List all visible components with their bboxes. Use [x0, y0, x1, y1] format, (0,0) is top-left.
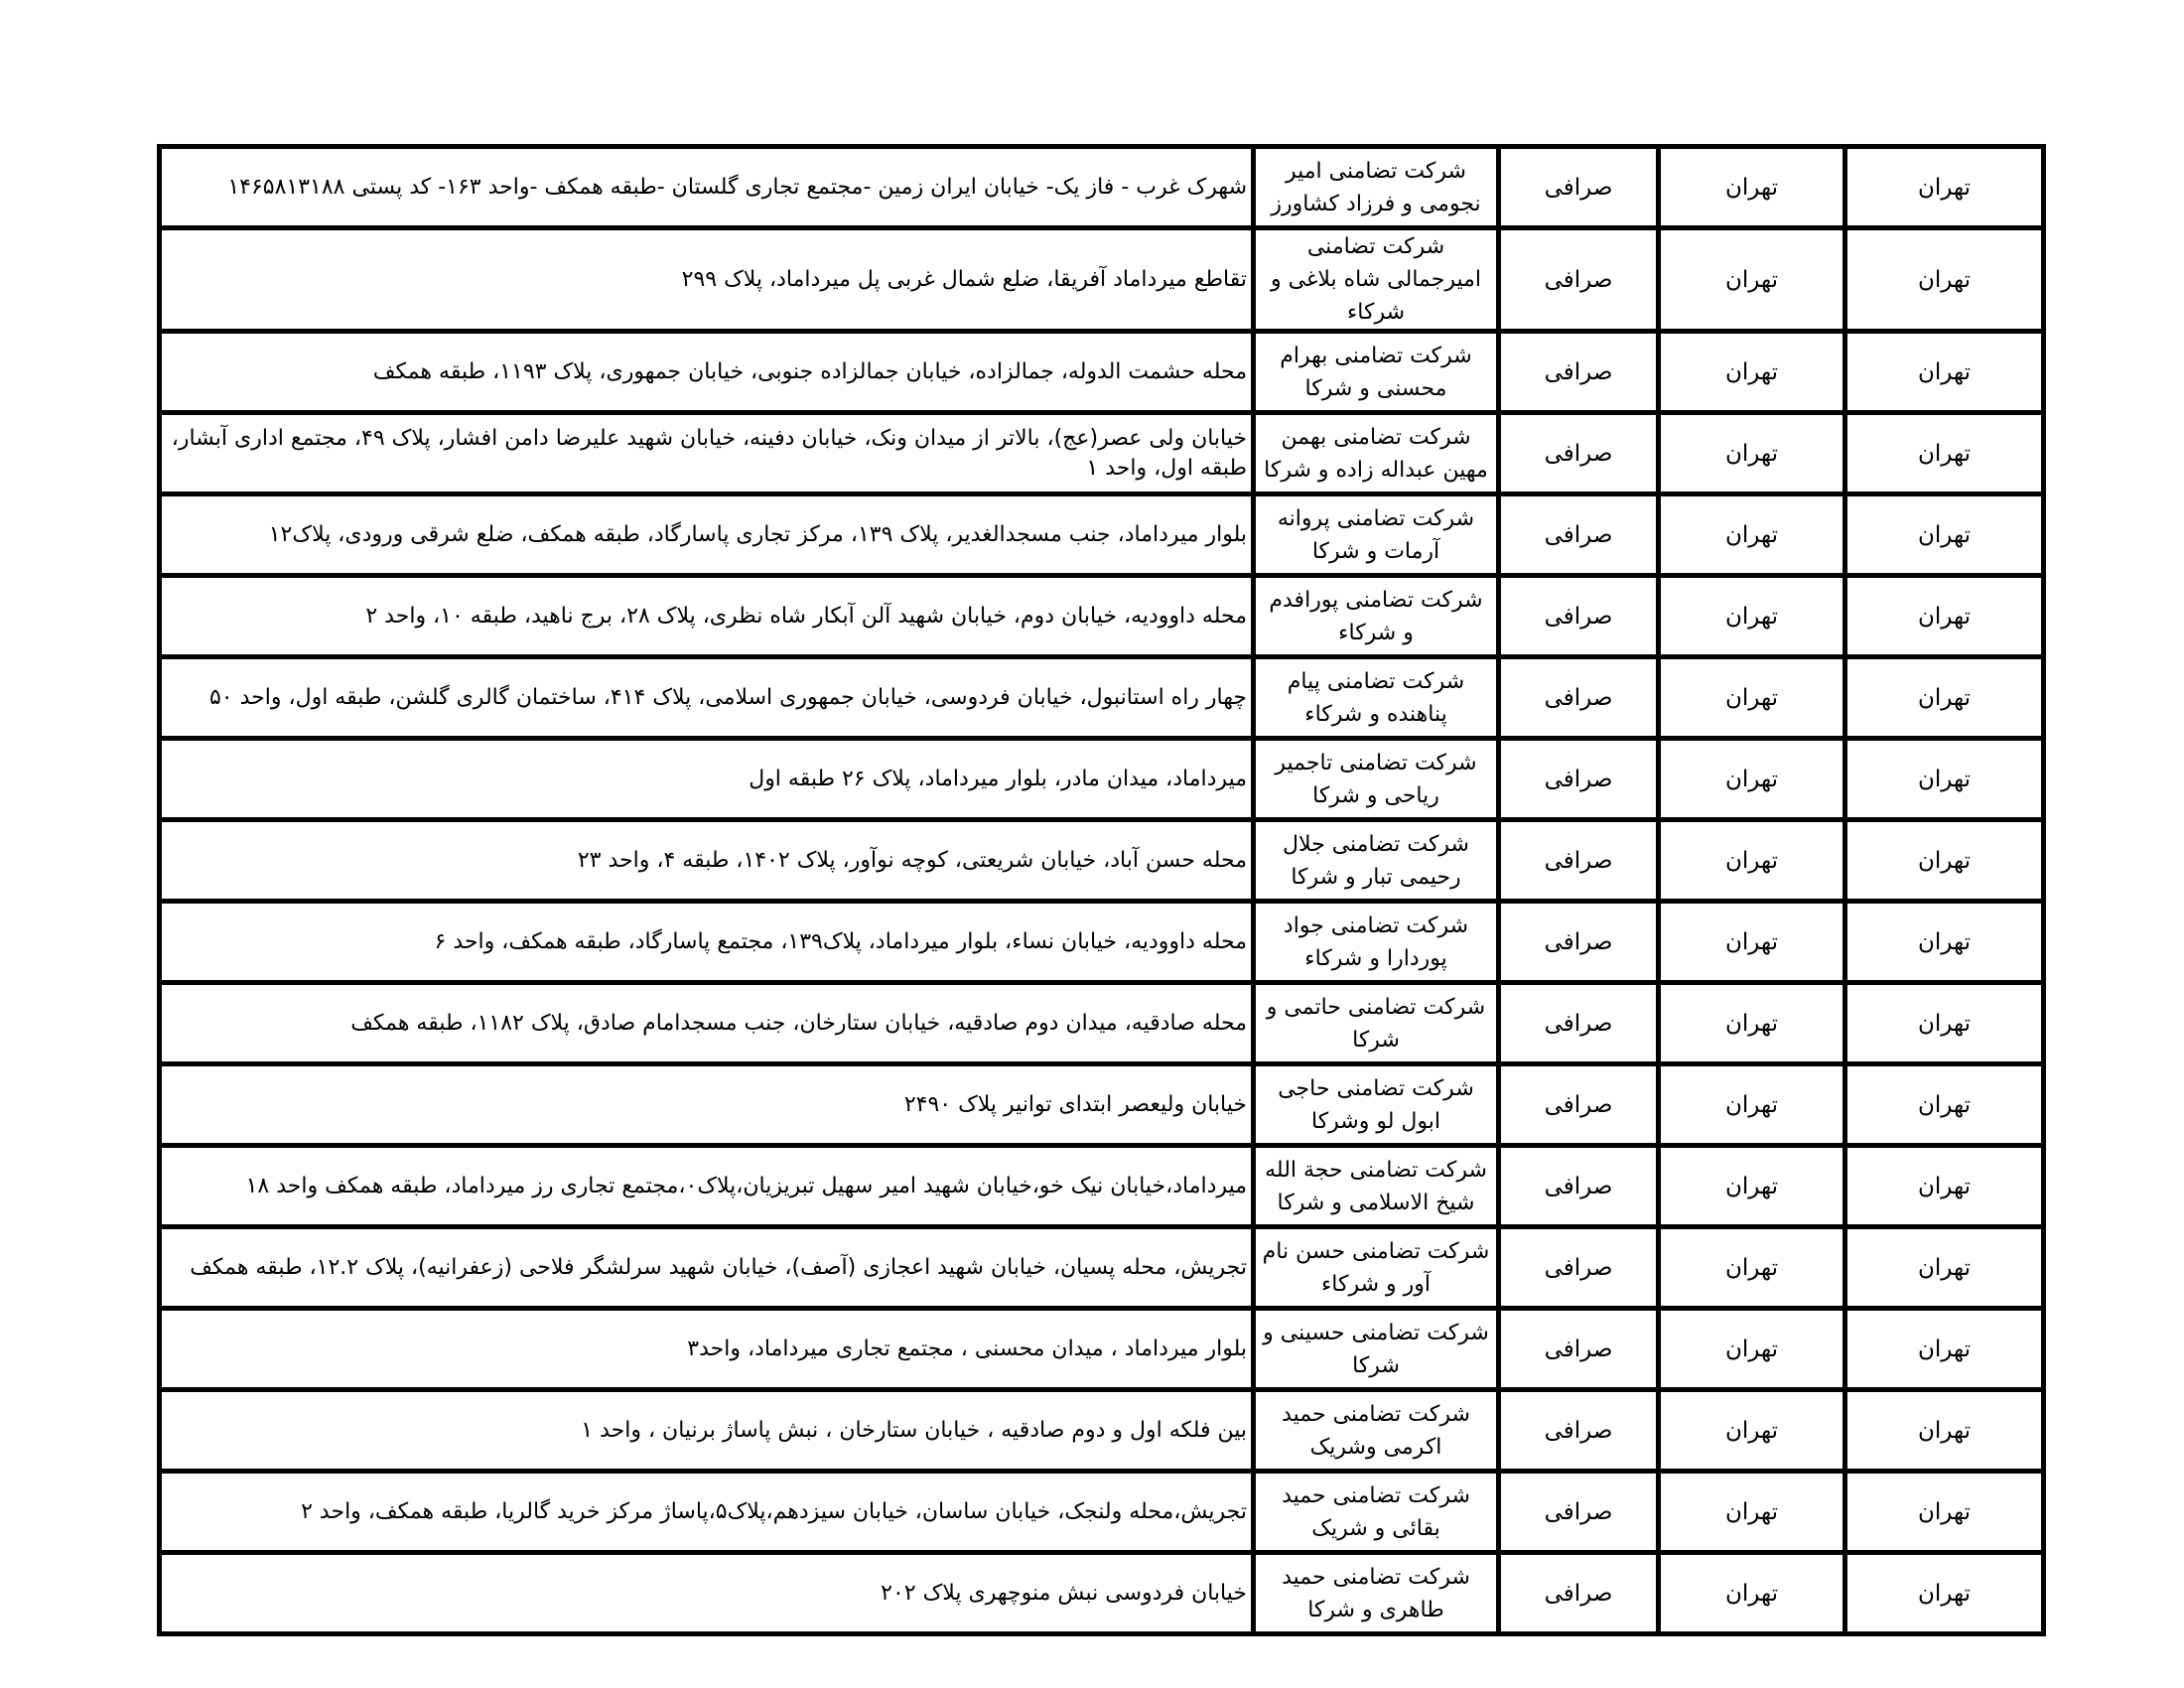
table-row: تهران تهران صرافی شرکت تضامنی حسینی و شر… [160, 1309, 2044, 1390]
cell-address: شهرک غرب - فاز یک- خیابان ایران زمین -مج… [160, 147, 1254, 228]
cell-city: تهران [1659, 983, 1845, 1064]
table-row: تهران تهران صرافی شرکت تضامنی حمید اکرمی… [160, 1390, 2044, 1472]
table-row: تهران تهران صرافی شرکت تضامنی حاتمی و شر… [160, 983, 2044, 1064]
table-row: تهران تهران صرافی شرکت تضامنی امیر نجومی… [160, 147, 2044, 228]
cell-province: تهران [1845, 413, 2044, 494]
table-row: تهران تهران صرافی شرکت تضامنی جواد پوردا… [160, 902, 2044, 983]
cell-company-name: شرکت تضامنی پورافدم و شرکاء [1254, 576, 1499, 657]
cell-province: تهران [1845, 657, 2044, 739]
cell-address: تجریش، محله پسیان، خیابان شهید اعجازی (آ… [160, 1227, 1254, 1309]
table-row: تهران تهران صرافی شرکت تضامنی پروانه آرم… [160, 494, 2044, 576]
cell-address: بلوار میرداماد، جنب مسجدالغدیر، پلاک ۱۳۹… [160, 494, 1254, 576]
cell-city: تهران [1659, 1472, 1845, 1553]
cell-type: صرافی [1499, 1309, 1659, 1390]
cell-company-name: شرکت تضامنی حجة الله شیخ الاسلامی و شرکا [1254, 1146, 1499, 1227]
cell-company-name: شرکت تضامنی امیرجمالی شاه بلاغی و شرکاء [1254, 228, 1499, 332]
cell-company-name: شرکت تضامنی حسینی و شرکا [1254, 1309, 1499, 1390]
cell-company-name: شرکت تضامنی حمید اکرمی وشریک [1254, 1390, 1499, 1472]
cell-address: محله حسن آباد، خیابان شریعتی، کوچه نوآور… [160, 820, 1254, 902]
cell-type: صرافی [1499, 332, 1659, 413]
cell-city: تهران [1659, 1553, 1845, 1634]
cell-type: صرافی [1499, 739, 1659, 820]
cell-company-name: شرکت تضامنی بهمن مهین عبداله زاده و شرکا [1254, 413, 1499, 494]
cell-address: میرداماد،خیابان نیک خو،خیابان شهید امیر … [160, 1146, 1254, 1227]
cell-address: تجریش،محله ولنجک، خیابان ساسان، خیابان س… [160, 1472, 1254, 1553]
table-row: تهران تهران صرافی شرکت تضامنی بهرام محسن… [160, 332, 2044, 413]
cell-type: صرافی [1499, 902, 1659, 983]
cell-province: تهران [1845, 228, 2044, 332]
table-row: تهران تهران صرافی شرکت تضامنی حسن نام آو… [160, 1227, 2044, 1309]
cell-company-name: شرکت تضامنی جلال رحیمی تبار و شرکا [1254, 820, 1499, 902]
cell-company-name: شرکت تضامنی حمید طاهری و شرکا [1254, 1553, 1499, 1634]
cell-type: صرافی [1499, 657, 1659, 739]
cell-company-name: شرکت تضامنی تاجمیر ریاحی و شرکا [1254, 739, 1499, 820]
cell-type: صرافی [1499, 228, 1659, 332]
cell-address: خیابان ولیعصر ابتدای توانیر پلاک ۲۴۹۰ [160, 1064, 1254, 1146]
cell-address: تقاطع میرداماد آفریقا، ضلع شمال غربی پل … [160, 228, 1254, 332]
cell-address: چهار راه استانبول، خیابان فردوسی، خیابان… [160, 657, 1254, 739]
cell-company-name: شرکت تضامنی جواد پوردارا و شرکاء [1254, 902, 1499, 983]
table-row: تهران تهران صرافی شرکت تضامنی تاجمیر ریا… [160, 739, 2044, 820]
cell-company-name: شرکت تضامنی بهرام محسنی و شرکا [1254, 332, 1499, 413]
exchange-table-body: تهران تهران صرافی شرکت تضامنی امیر نجومی… [160, 147, 2044, 1634]
document-page: تهران تهران صرافی شرکت تضامنی امیر نجومی… [0, 0, 2184, 1688]
cell-type: صرافی [1499, 820, 1659, 902]
cell-address: محله داوودیه، خیابان نساء، بلوار میرداما… [160, 902, 1254, 983]
table-row: تهران تهران صرافی شرکت تضامنی حاجی ابول … [160, 1064, 2044, 1146]
cell-city: تهران [1659, 1146, 1845, 1227]
cell-province: تهران [1845, 820, 2044, 902]
cell-address: خیابان فردوسی نبش منوچهری پلاک ۲۰۲ [160, 1553, 1254, 1634]
cell-province: تهران [1845, 494, 2044, 576]
cell-address: بین فلکه اول و دوم صادقیه ، خیابان ستارخ… [160, 1390, 1254, 1472]
table-row: تهران تهران صرافی شرکت تضامنی امیرجمالی … [160, 228, 2044, 332]
table-row: تهران تهران صرافی شرکت تضامنی پورافدم و … [160, 576, 2044, 657]
cell-type: صرافی [1499, 983, 1659, 1064]
cell-city: تهران [1659, 494, 1845, 576]
cell-city: تهران [1659, 413, 1845, 494]
exchange-companies-table: تهران تهران صرافی شرکت تضامنی امیر نجومی… [157, 144, 2046, 1636]
cell-address: خیابان ولی عصر(عج)، بالاتر از میدان ونک،… [160, 413, 1254, 494]
cell-address: محله حشمت الدوله، جمالزاده، خیابان جمالز… [160, 332, 1254, 413]
cell-company-name: شرکت تضامنی حاتمی و شرکا [1254, 983, 1499, 1064]
cell-city: تهران [1659, 147, 1845, 228]
table-row: تهران تهران صرافی شرکت تضامنی پیام پناهن… [160, 657, 2044, 739]
cell-province: تهران [1845, 739, 2044, 820]
cell-type: صرافی [1499, 1064, 1659, 1146]
table-row: تهران تهران صرافی شرکت تضامنی حجة الله ش… [160, 1146, 2044, 1227]
cell-province: تهران [1845, 576, 2044, 657]
cell-province: تهران [1845, 1472, 2044, 1553]
cell-province: تهران [1845, 1064, 2044, 1146]
cell-type: صرافی [1499, 1472, 1659, 1553]
cell-city: تهران [1659, 1309, 1845, 1390]
cell-company-name: شرکت تضامنی امیر نجومی و فرزاد کشاورز [1254, 147, 1499, 228]
table-row: تهران تهران صرافی شرکت تضامنی بهمن مهین … [160, 413, 2044, 494]
cell-province: تهران [1845, 1390, 2044, 1472]
cell-city: تهران [1659, 1227, 1845, 1309]
cell-province: تهران [1845, 1227, 2044, 1309]
cell-company-name: شرکت تضامنی حاجی ابول لو وشرکا [1254, 1064, 1499, 1146]
cell-company-name: شرکت تضامنی حمید بقائی و شریک [1254, 1472, 1499, 1553]
cell-province: تهران [1845, 1309, 2044, 1390]
cell-company-name: شرکت تضامنی حسن نام آور و شرکاء [1254, 1227, 1499, 1309]
cell-city: تهران [1659, 820, 1845, 902]
cell-type: صرافی [1499, 576, 1659, 657]
cell-province: تهران [1845, 1146, 2044, 1227]
table-row: تهران تهران صرافی شرکت تضامنی حمید بقائی… [160, 1472, 2044, 1553]
cell-province: تهران [1845, 147, 2044, 228]
cell-province: تهران [1845, 1553, 2044, 1634]
cell-type: صرافی [1499, 1390, 1659, 1472]
table-row: تهران تهران صرافی شرکت تضامنی حمید طاهری… [160, 1553, 2044, 1634]
cell-address: محله داوودیه، خیابان دوم، خیابان شهید آل… [160, 576, 1254, 657]
cell-address: بلوار میرداماد ، میدان محسنی ، مجتمع تجا… [160, 1309, 1254, 1390]
cell-city: تهران [1659, 1064, 1845, 1146]
cell-city: تهران [1659, 576, 1845, 657]
cell-city: تهران [1659, 228, 1845, 332]
cell-city: تهران [1659, 902, 1845, 983]
cell-province: تهران [1845, 332, 2044, 413]
cell-type: صرافی [1499, 1227, 1659, 1309]
cell-type: صرافی [1499, 1146, 1659, 1227]
cell-type: صرافی [1499, 147, 1659, 228]
cell-type: صرافی [1499, 1553, 1659, 1634]
cell-province: تهران [1845, 902, 2044, 983]
cell-address: محله صادقیه، میدان دوم صادقیه، خیابان ست… [160, 983, 1254, 1064]
cell-company-name: شرکت تضامنی پروانه آرمات و شرکا [1254, 494, 1499, 576]
cell-address: میرداماد، میدان مادر، بلوار میرداماد، پل… [160, 739, 1254, 820]
cell-city: تهران [1659, 1390, 1845, 1472]
cell-company-name: شرکت تضامنی پیام پناهنده و شرکاء [1254, 657, 1499, 739]
cell-city: تهران [1659, 739, 1845, 820]
cell-type: صرافی [1499, 494, 1659, 576]
cell-city: تهران [1659, 657, 1845, 739]
table-row: تهران تهران صرافی شرکت تضامنی جلال رحیمی… [160, 820, 2044, 902]
cell-province: تهران [1845, 983, 2044, 1064]
cell-city: تهران [1659, 332, 1845, 413]
cell-type: صرافی [1499, 413, 1659, 494]
